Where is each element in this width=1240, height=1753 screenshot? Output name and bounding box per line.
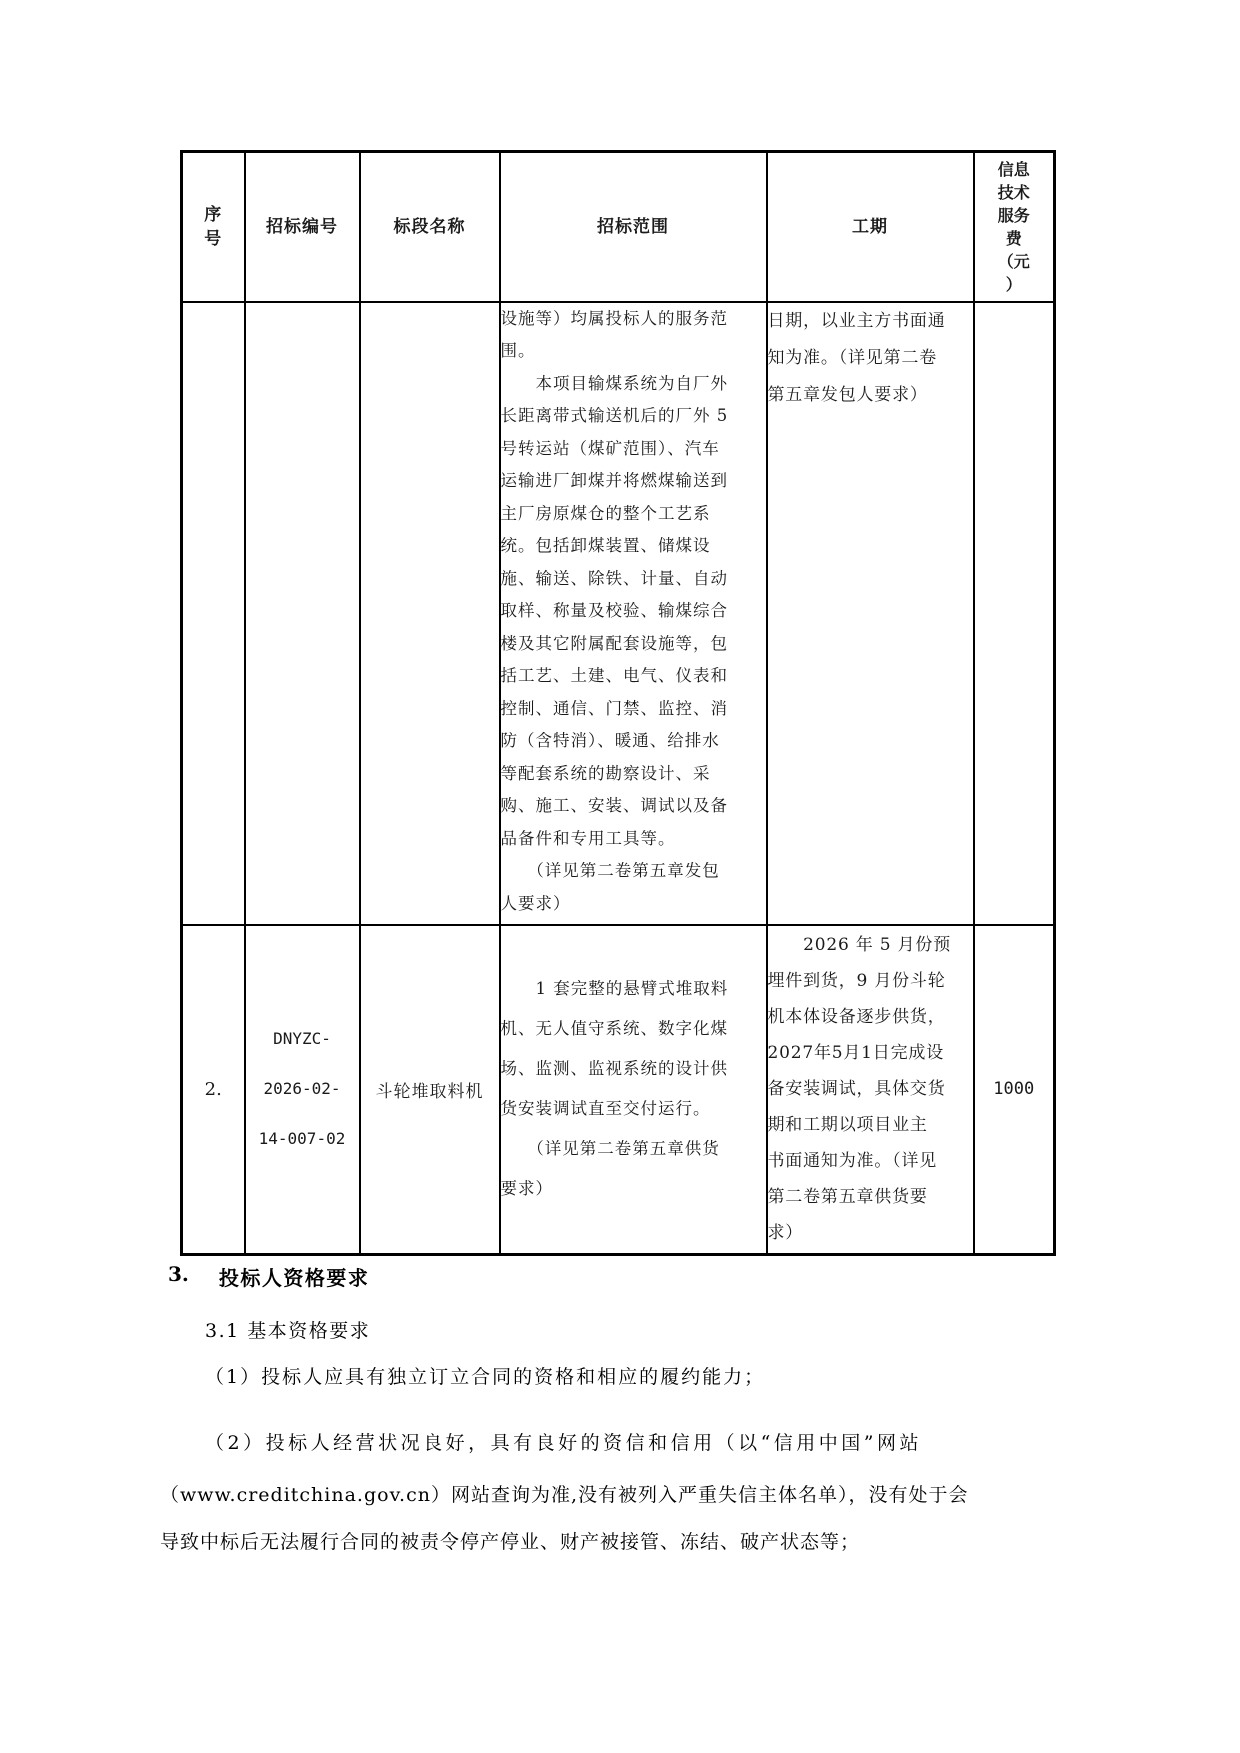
cell-section-name <box>360 302 500 925</box>
cell-seq <box>182 302 245 925</box>
cell-seq: 2. <box>182 925 245 1255</box>
section3-number: 3. <box>168 1262 189 1291</box>
table-header-row: 序 号 招标编号 标段名称 招标范围 工期 信息 技术 服务 费 （元 ） <box>182 152 1055 302</box>
table-row-2: 2. DNYZC- 2026-02- 14-007-02 斗轮堆取料机 1 套完… <box>182 925 1055 1255</box>
header-cell-section-name: 标段名称 <box>360 152 500 302</box>
cell-tender-no <box>245 302 360 925</box>
cell-section-name: 斗轮堆取料机 <box>360 925 500 1255</box>
cell-it-service-fee: 1000 <box>974 925 1055 1255</box>
qualification-item-2-line-3: 导致中标后无法履行合同的被责令停产停业、财产被接管、冻结、破产状态等； <box>160 1527 860 1554</box>
qualification-item-1: （1）投标人应具有独立订立合同的资格和相应的履约能力； <box>205 1362 765 1389</box>
header-cell-it-service-fee: 信息 技术 服务 费 （元 ） <box>974 152 1055 302</box>
cell-duration: 2026 年 5 月份预 埋件到货，9 月份斗轮 机本体设备逐步供货， 2027… <box>767 925 974 1255</box>
qualification-item-2-line-2: （www.creditchina.gov.cn）网站查询为准,没有被列入严重失信… <box>160 1480 969 1507</box>
cell-duration: 日期，以业主方书面通 知为准。（详见第二卷 第五章发包人要求） <box>767 302 974 925</box>
section3-1-subheading: 3.1 基本资格要求 <box>205 1316 370 1343</box>
section3-title: 投标人资格要求 <box>219 1262 370 1291</box>
header-cell-tender-scope: 招标范围 <box>500 152 767 302</box>
header-cell-seq: 序 号 <box>182 152 245 302</box>
table-row-continued: 设施等）均属投标人的服务范 围。 本项目输煤系统为自厂外 长距离带式输送机后的厂… <box>182 302 1055 925</box>
cell-tender-scope: 设施等）均属投标人的服务范 围。 本项目输煤系统为自厂外 长距离带式输送机后的厂… <box>500 302 767 925</box>
header-cell-tender-no: 招标编号 <box>245 152 360 302</box>
cell-tender-scope: 1 套完整的悬臂式堆取料 机、无人值守系统、数字化煤 场、监测、监视系统的设计供… <box>500 925 767 1255</box>
header-cell-duration: 工期 <box>767 152 974 302</box>
cell-it-service-fee <box>974 302 1055 925</box>
cell-tender-no: DNYZC- 2026-02- 14-007-02 <box>245 925 360 1255</box>
qualification-item-2-line-1: （2）投标人经营状况良好，具有良好的资信和信用（以“信用中国”网站 <box>205 1428 922 1455</box>
section3-heading: 3. 投标人资格要求 <box>168 1262 369 1291</box>
document-page: 序 号 招标编号 标段名称 招标范围 工期 信息 技术 服务 费 （元 ） 设施… <box>0 0 1240 1753</box>
tender-sections-table: 序 号 招标编号 标段名称 招标范围 工期 信息 技术 服务 费 （元 ） 设施… <box>180 150 1056 1256</box>
